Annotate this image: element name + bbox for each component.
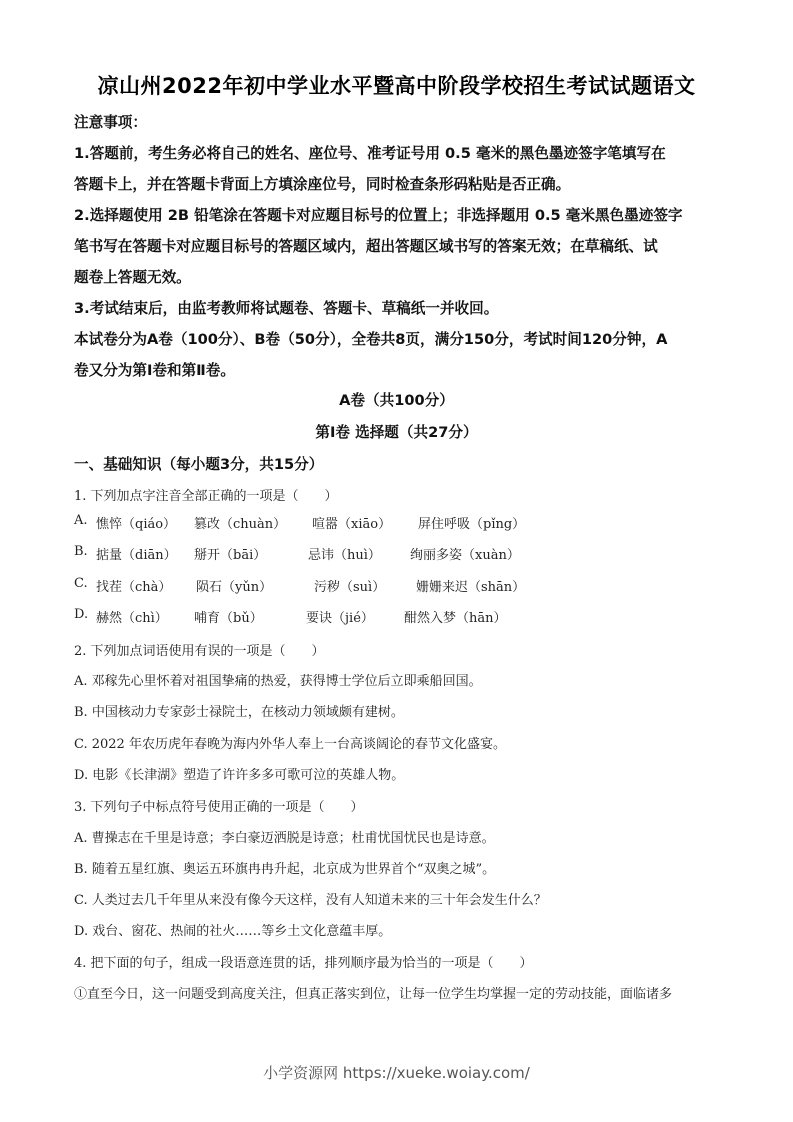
paper-info-line: 本试卷分为A卷（100分）、B卷（50分），全卷共8页，满分150分，考试时间1…: [74, 328, 667, 349]
option-label: D.: [74, 607, 88, 622]
section-a-heading: A卷（共100分）: [0, 389, 793, 410]
option-label: C.: [74, 576, 88, 591]
option-item: 陨石（yǔn）: [196, 576, 272, 595]
option-item: 找茬（chà）: [96, 576, 171, 595]
notice-heading: 注意事项：: [74, 111, 147, 132]
option-item: 要诀（jié）: [306, 607, 374, 626]
notice-line: 题卷上答题无效。: [74, 266, 191, 287]
option-item: 篡改（chuàn）: [194, 513, 286, 532]
question-2-option-d: D. 电影《长津湖》塑造了许许多多可歌可泣的英雄人物。: [74, 764, 404, 783]
notice-line: 2.选择题使用 2B 铅笔涂在答题卡对应题目标号的位置上；非选择题用 0.5 毫…: [74, 204, 683, 225]
exam-page: 凉山州2022年初中学业水平暨高中阶段学校招生考试试题语文 注意事项： 1.答题…: [0, 0, 793, 1122]
option-item: 哺育（bǔ）: [194, 607, 263, 626]
option-item: 掰开（bāi）: [194, 544, 266, 563]
option-item: 酣然入梦（hān）: [404, 607, 507, 626]
question-3-stem: 3. 下列句子中标点符号使用正确的一项是（ ）: [74, 796, 364, 815]
option-item: 忌讳（huì）: [308, 544, 381, 563]
question-3-option-d: D. 戏台、窗花、热闹的社火……等乡土文化意蕴丰厚。: [74, 920, 391, 939]
paper-info-line: 卷又分为第Ⅰ卷和第Ⅱ卷。: [74, 359, 235, 380]
option-item: 绚丽多姿（xuàn）: [410, 544, 520, 563]
notice-line: 1.答题前，考生务必将自己的姓名、座位号、准考证号用 0.5 毫米的黑色墨迹签字…: [74, 142, 666, 163]
question-4-sentence-1: ①直至今日，这一问题受到高度关注，但真正落实到位，让每一位学生均掌握一定的劳动技…: [74, 983, 672, 1002]
option-item: 污秽（suì）: [314, 576, 385, 595]
option-label: A.: [74, 513, 88, 528]
option-item: 喧嚣（xiāo）: [312, 513, 391, 532]
group-1-heading: 一、基础知识（每小题3分，共15分）: [74, 453, 323, 474]
part-1-heading: 第Ⅰ卷 选择题（共27分）: [0, 421, 793, 442]
question-2-option-a: A. 邓稼先心里怀着对祖国挚痛的热爱，获得博士学位后立即乘船回国。: [74, 670, 482, 689]
question-1-stem: 1. 下列加点字注音全部正确的一项是（ ）: [74, 485, 338, 504]
site-watermark: 小学资源网 https://xueke.woiay.com/: [0, 1062, 793, 1083]
option-item: 屏住呼吸（pǐng）: [418, 513, 525, 532]
notice-line: 答题卡上，并在答题卡背面上方填涂座位号，同时检查条形码粘贴是否正确。: [74, 173, 570, 194]
option-label: B.: [74, 544, 88, 559]
option-item: 姗姗来迟（shān）: [416, 576, 525, 595]
option-item: 掂量（diān）: [96, 544, 177, 563]
notice-line: 3.考试结束后，由监考教师将试题卷、答题卡、草稿纸一并收回。: [74, 297, 498, 318]
question-3-option-c: C. 人类过去几千年里从来没有像今天这样，没有人知道未来的三十年会发生什么？: [74, 889, 547, 908]
question-4-stem: 4. 把下面的句子，组成一段语意连贯的话，排列顺序最为恰当的一项是（ ）: [74, 952, 533, 971]
question-3-option-b: B. 随着五星红旗、奥运五环旗冉冉升起，北京成为世界首个“双奥之城”。: [74, 858, 495, 877]
exam-title: 凉山州2022年初中学业水平暨高中阶段学校招生考试试题语文: [0, 70, 793, 100]
question-3-option-a: A. 曹操志在千里是诗意；李白豪迈洒脱是诗意；杜甫忧国忧民也是诗意。: [74, 827, 495, 846]
notice-line: 笔书写在答题卡对应题目标号的答题区域内，超出答题区域书写的答案无效；在草稿纸、试: [74, 235, 658, 256]
question-2-option-b: B. 中国核动力专家彭士禄院士，在核动力领域颇有建树。: [74, 701, 404, 720]
option-item: 赫然（chì）: [96, 607, 168, 626]
option-item: 憔悴（qiáo）: [96, 513, 176, 532]
question-2-option-c: C. 2022 年农历虎年春晚为海内外华人奉上一台高谈阔论的春节文化盛宴。: [74, 733, 506, 752]
question-2-stem: 2. 下列加点词语使用有误的一项是（ ）: [74, 640, 325, 659]
